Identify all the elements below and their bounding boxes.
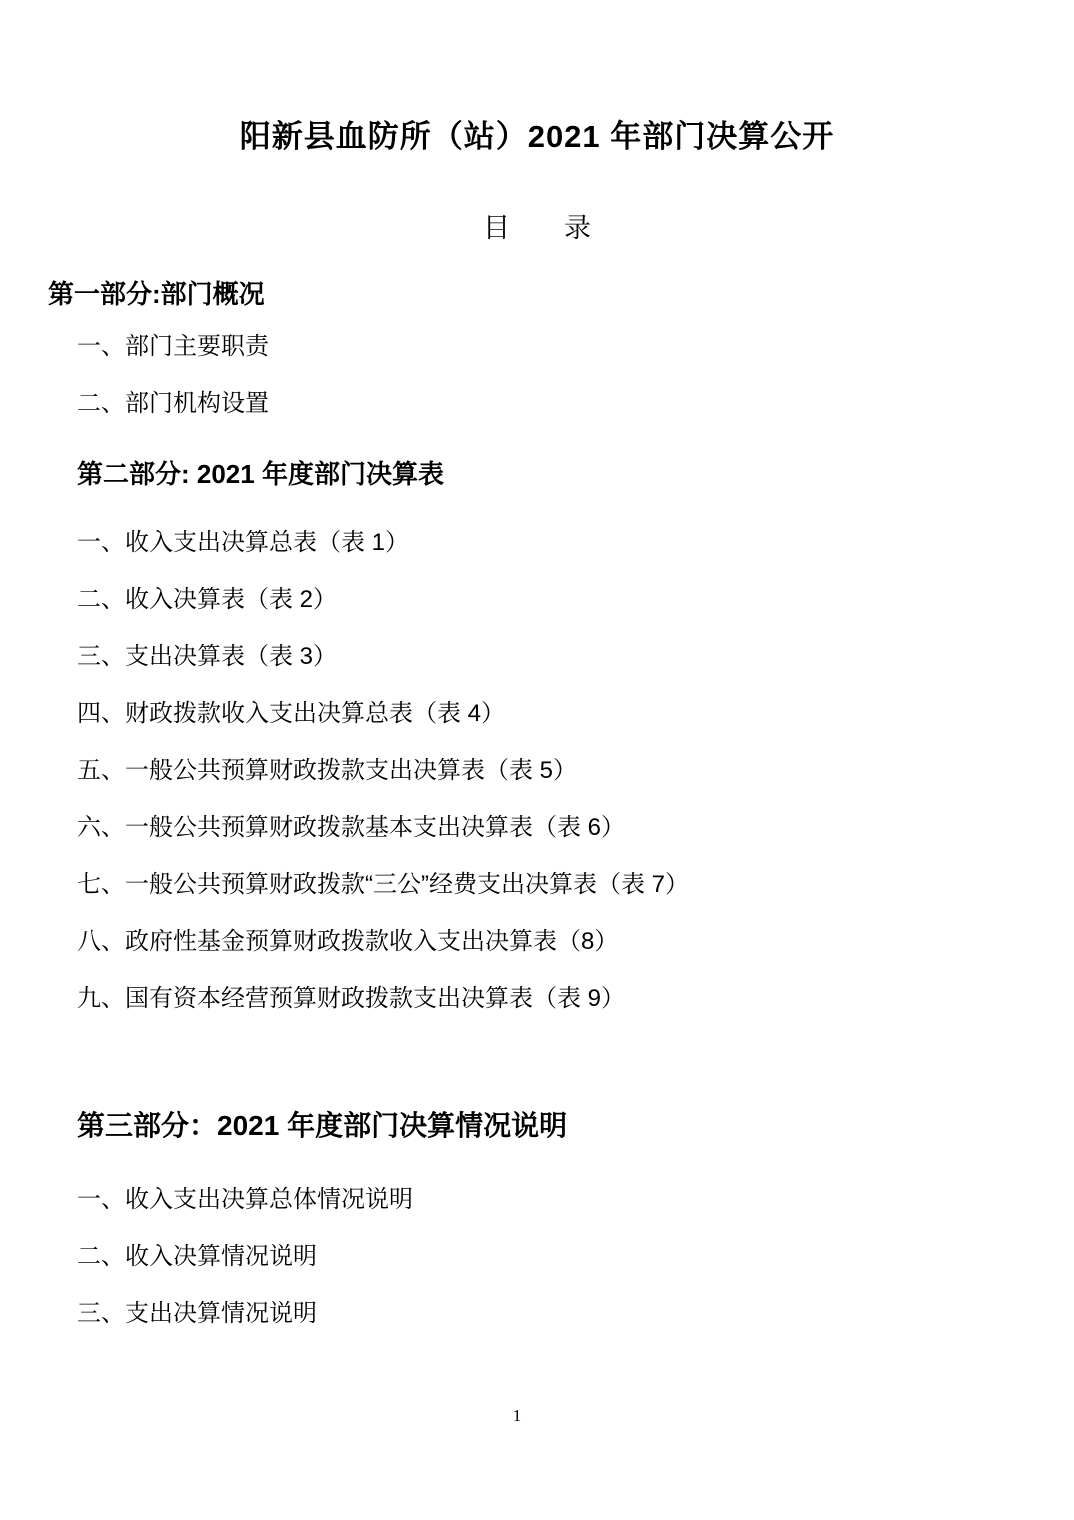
toc-item-table-4: 四、财政拨款收入支出决算总表（表 4） xyxy=(0,697,1074,731)
toc-item-table-7: 七、一般公共预算财政拨款“三公”经费支出决算表（表 7） xyxy=(0,868,1074,902)
toc-item-income-notes: 二、收入决算情况说明 xyxy=(0,1240,1074,1274)
toc-item-table-5: 五、一般公共预算财政拨款支出决算表（表 5） xyxy=(0,754,1074,788)
document-page: 阳新县血防所（站）2021 年部门决算公开 目 录 第一部分:部门概况 一、部门… xyxy=(0,0,1074,1331)
page-number: 1 xyxy=(0,1406,1034,1426)
section-2-heading: 第二部分: 2021 年度部门决算表 xyxy=(0,456,1074,492)
toc-item-table-2: 二、收入决算表（表 2） xyxy=(0,583,1074,617)
toc-section-notes: 第三部分：2021 年度部门决算情况说明 一、收入支出决算总体情况说明 二、收入… xyxy=(0,1107,1074,1331)
toc-section-statements: 第二部分: 2021 年度部门决算表 一、收入支出决算总表（表 1） 二、收入决… xyxy=(0,456,1074,1016)
toc-heading: 目 录 xyxy=(0,210,1074,246)
toc-item-table-8: 八、政府性基金预算财政拨款收入支出决算表（8） xyxy=(0,925,1074,959)
toc-item-duties: 一、部门主要职责 xyxy=(0,330,1074,364)
section-1-heading: 第一部分:部门概况 xyxy=(0,276,1074,312)
document-title: 阳新县血防所（站）2021 年部门决算公开 xyxy=(0,0,1074,158)
toc-section-overview: 第一部分:部门概况 一、部门主要职责 二、部门机构设置 xyxy=(0,276,1074,421)
toc-item-expense-notes: 三、支出决算情况说明 xyxy=(0,1297,1074,1331)
toc-item-table-6: 六、一般公共预算财政拨款基本支出决算表（表 6） xyxy=(0,811,1074,845)
toc-item-table-1: 一、收入支出决算总表（表 1） xyxy=(0,526,1074,560)
toc-item-overall-notes: 一、收入支出决算总体情况说明 xyxy=(0,1183,1074,1217)
toc-item-table-9: 九、国有资本经营预算财政拨款支出决算表（表 9） xyxy=(0,982,1074,1016)
section-3-heading: 第三部分：2021 年度部门决算情况说明 xyxy=(0,1107,1074,1145)
toc-item-org-structure: 二、部门机构设置 xyxy=(0,387,1074,421)
toc-item-table-3: 三、支出决算表（表 3） xyxy=(0,640,1074,674)
